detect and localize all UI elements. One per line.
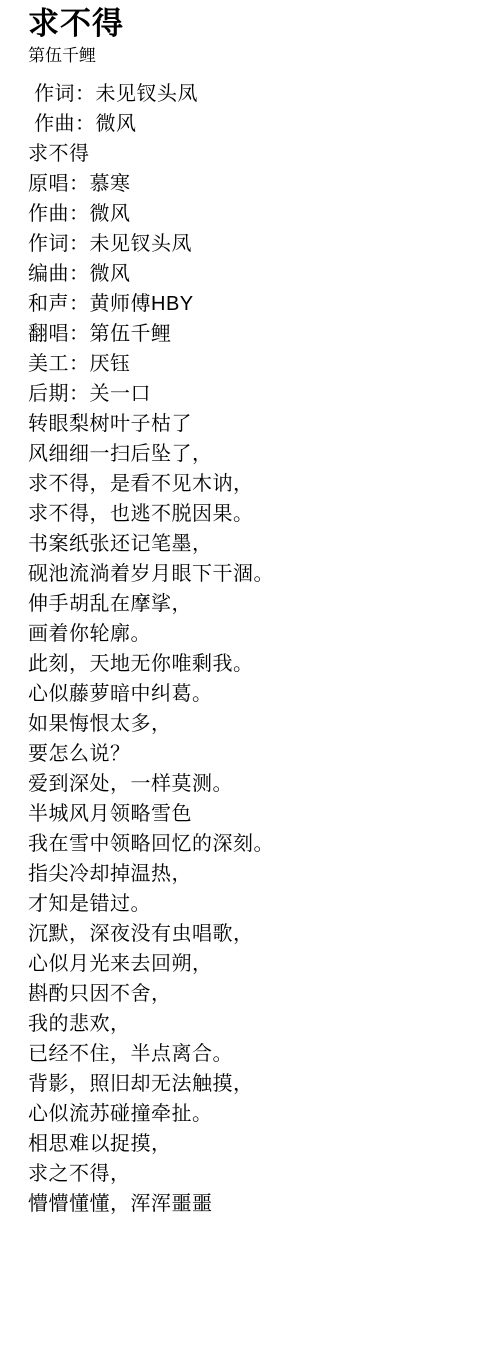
- lyric-line: 心似月光来去回朔，: [28, 949, 490, 979]
- lyric-line: 作词：未见钗头凤: [28, 229, 490, 259]
- lyric-line: 求之不得，: [28, 1159, 490, 1189]
- lyric-line: 书案纸张还记笔墨，: [28, 529, 490, 559]
- lyric-line: 砚池流淌着岁月眼下干涸。: [28, 559, 490, 589]
- lyric-line: 原唱：慕寒: [28, 169, 490, 199]
- lyric-line: 指尖冷却掉温热，: [28, 859, 490, 889]
- lyric-line: 沉默，深夜没有虫唱歌，: [28, 919, 490, 949]
- lyric-line: 相思难以捉摸，: [28, 1129, 490, 1159]
- artist-name: 第伍千鲤: [28, 45, 490, 67]
- lyric-line: 编曲：微风: [28, 259, 490, 289]
- lyric-line: 懵懵懂懂，浑浑噩噩: [28, 1189, 490, 1219]
- lyric-line: 此刻，天地无你唯剩我。: [28, 649, 490, 679]
- lyric-line: 作曲：微风: [28, 199, 490, 229]
- lyric-line: 心似藤萝暗中纠葛。: [28, 679, 490, 709]
- lyric-line: 如果悔恨太多，: [28, 709, 490, 739]
- lyrics-page: 求不得 第伍千鲤 作词：未见钗头凤 作曲：微风求不得原唱：慕寒作曲：微风作词：未…: [0, 0, 500, 1219]
- lyric-line: 翻唱：第伍千鲤: [28, 319, 490, 349]
- lyric-line: 画着你轮廓。: [28, 619, 490, 649]
- lyric-line: 斟酌只因不舍，: [28, 979, 490, 1009]
- song-title: 求不得: [28, 4, 490, 44]
- lyrics-container: 作词：未见钗头凤 作曲：微风求不得原唱：慕寒作曲：微风作词：未见钗头凤编曲：微风…: [28, 79, 490, 1219]
- lyric-line: 我的悲欢，: [28, 1009, 490, 1039]
- lyric-line: 背影，照旧却无法触摸，: [28, 1069, 490, 1099]
- lyric-line: 作词：未见钗头凤: [28, 79, 490, 109]
- lyric-line: 求不得: [28, 139, 490, 169]
- lyric-line: 求不得，是看不见木讷，: [28, 469, 490, 499]
- lyric-line: 风细细一扫后坠了，: [28, 439, 490, 469]
- lyric-line: 美工：厌钰: [28, 349, 490, 379]
- lyric-line: 和声：黄师傅HBY: [28, 289, 490, 319]
- lyric-line: 心似流苏碰撞牵扯。: [28, 1099, 490, 1129]
- lyric-line: 转眼梨树叶子枯了: [28, 409, 490, 439]
- lyric-line: 伸手胡乱在摩挲，: [28, 589, 490, 619]
- lyric-line: 爱到深处，一样莫测。: [28, 769, 490, 799]
- lyric-line: 才知是错过。: [28, 889, 490, 919]
- lyric-line: 求不得，也逃不脱因果。: [28, 499, 490, 529]
- lyric-line: 后期：关一口: [28, 379, 490, 409]
- lyric-line: 半城风月领略雪色: [28, 799, 490, 829]
- lyric-line: 作曲：微风: [28, 109, 490, 139]
- lyric-line: 我在雪中领略回忆的深刻。: [28, 829, 490, 859]
- lyric-line: 要怎么说？: [28, 739, 490, 769]
- lyric-line: 已经不住，半点离合。: [28, 1039, 490, 1069]
